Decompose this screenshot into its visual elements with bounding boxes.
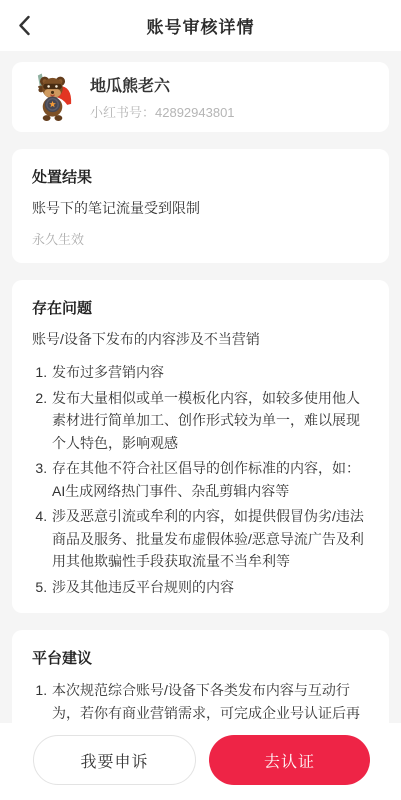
- user-name: 地瓜熊老六: [90, 73, 235, 96]
- user-card: 地瓜熊老六 小红书号：42892943801: [12, 62, 389, 132]
- bear-mascot-avatar: [30, 72, 77, 122]
- nav-bar: 账号审核详情: [0, 0, 401, 51]
- problems-summary: 账号/设备下发布的内容涉及不当营销: [32, 329, 369, 350]
- bottom-action-bar: 我要申诉 去认证: [0, 723, 401, 800]
- problem-item: 涉及其他违反平台规则的内容: [51, 576, 369, 599]
- result-title: 处置结果: [32, 166, 369, 187]
- problems-title: 存在问题: [32, 297, 369, 318]
- user-meta: 地瓜熊老六 小红书号：42892943801: [90, 73, 235, 121]
- suggestions-card: 平台建议 本次规范综合账号/设备下各类发布内容与互动行为，若你有商业营销需求，可…: [12, 630, 389, 723]
- page-title: 账号审核详情: [147, 13, 255, 38]
- problems-card: 存在问题 账号/设备下发布的内容涉及不当营销 发布过多营销内容 发布大量相似或单…: [12, 280, 389, 613]
- suggestions-list: 本次规范综合账号/设备下各类发布内容与互动行为，若你有商业营销需求，可完成企业号…: [32, 679, 369, 723]
- verify-button[interactable]: 去认证: [209, 735, 370, 785]
- suggestion-item: 本次规范综合账号/设备下各类发布内容与互动行为，若你有商业营销需求，可完成企业号…: [51, 679, 369, 723]
- result-duration: 永久生效: [32, 229, 369, 248]
- chevron-left-icon: [18, 15, 30, 36]
- result-card: 处置结果 账号下的笔记流量受到限制 永久生效: [12, 149, 389, 263]
- account-review-page: 账号审核详情: [0, 0, 401, 800]
- problem-item: 涉及恶意引流或牟利的内容，如提供假冒伪劣/违法商品及服务、批量发布虚假体验/恶意…: [51, 505, 369, 573]
- problem-item: 存在其他不符合社区倡导的创作标准的内容，如：AI生成网络热门事件、杂乱剪辑内容等: [51, 457, 369, 502]
- back-button[interactable]: [10, 0, 38, 51]
- problem-item: 发布过多营销内容: [51, 361, 369, 384]
- result-body: 账号下的笔记流量受到限制: [32, 198, 369, 218]
- appeal-button[interactable]: 我要申诉: [33, 735, 196, 785]
- user-id: 小红书号：42892943801: [90, 102, 235, 121]
- content-area[interactable]: 地瓜熊老六 小红书号：42892943801 处置结果 账号下的笔记流量受到限制…: [0, 51, 401, 723]
- problem-item: 发布大量相似或单一模板化内容，如较多使用他人素材进行简单加工、创作形式较为单一，…: [51, 387, 369, 455]
- suggestions-title: 平台建议: [32, 647, 369, 668]
- problems-list: 发布过多营销内容 发布大量相似或单一模板化内容，如较多使用他人素材进行简单加工、…: [32, 361, 369, 598]
